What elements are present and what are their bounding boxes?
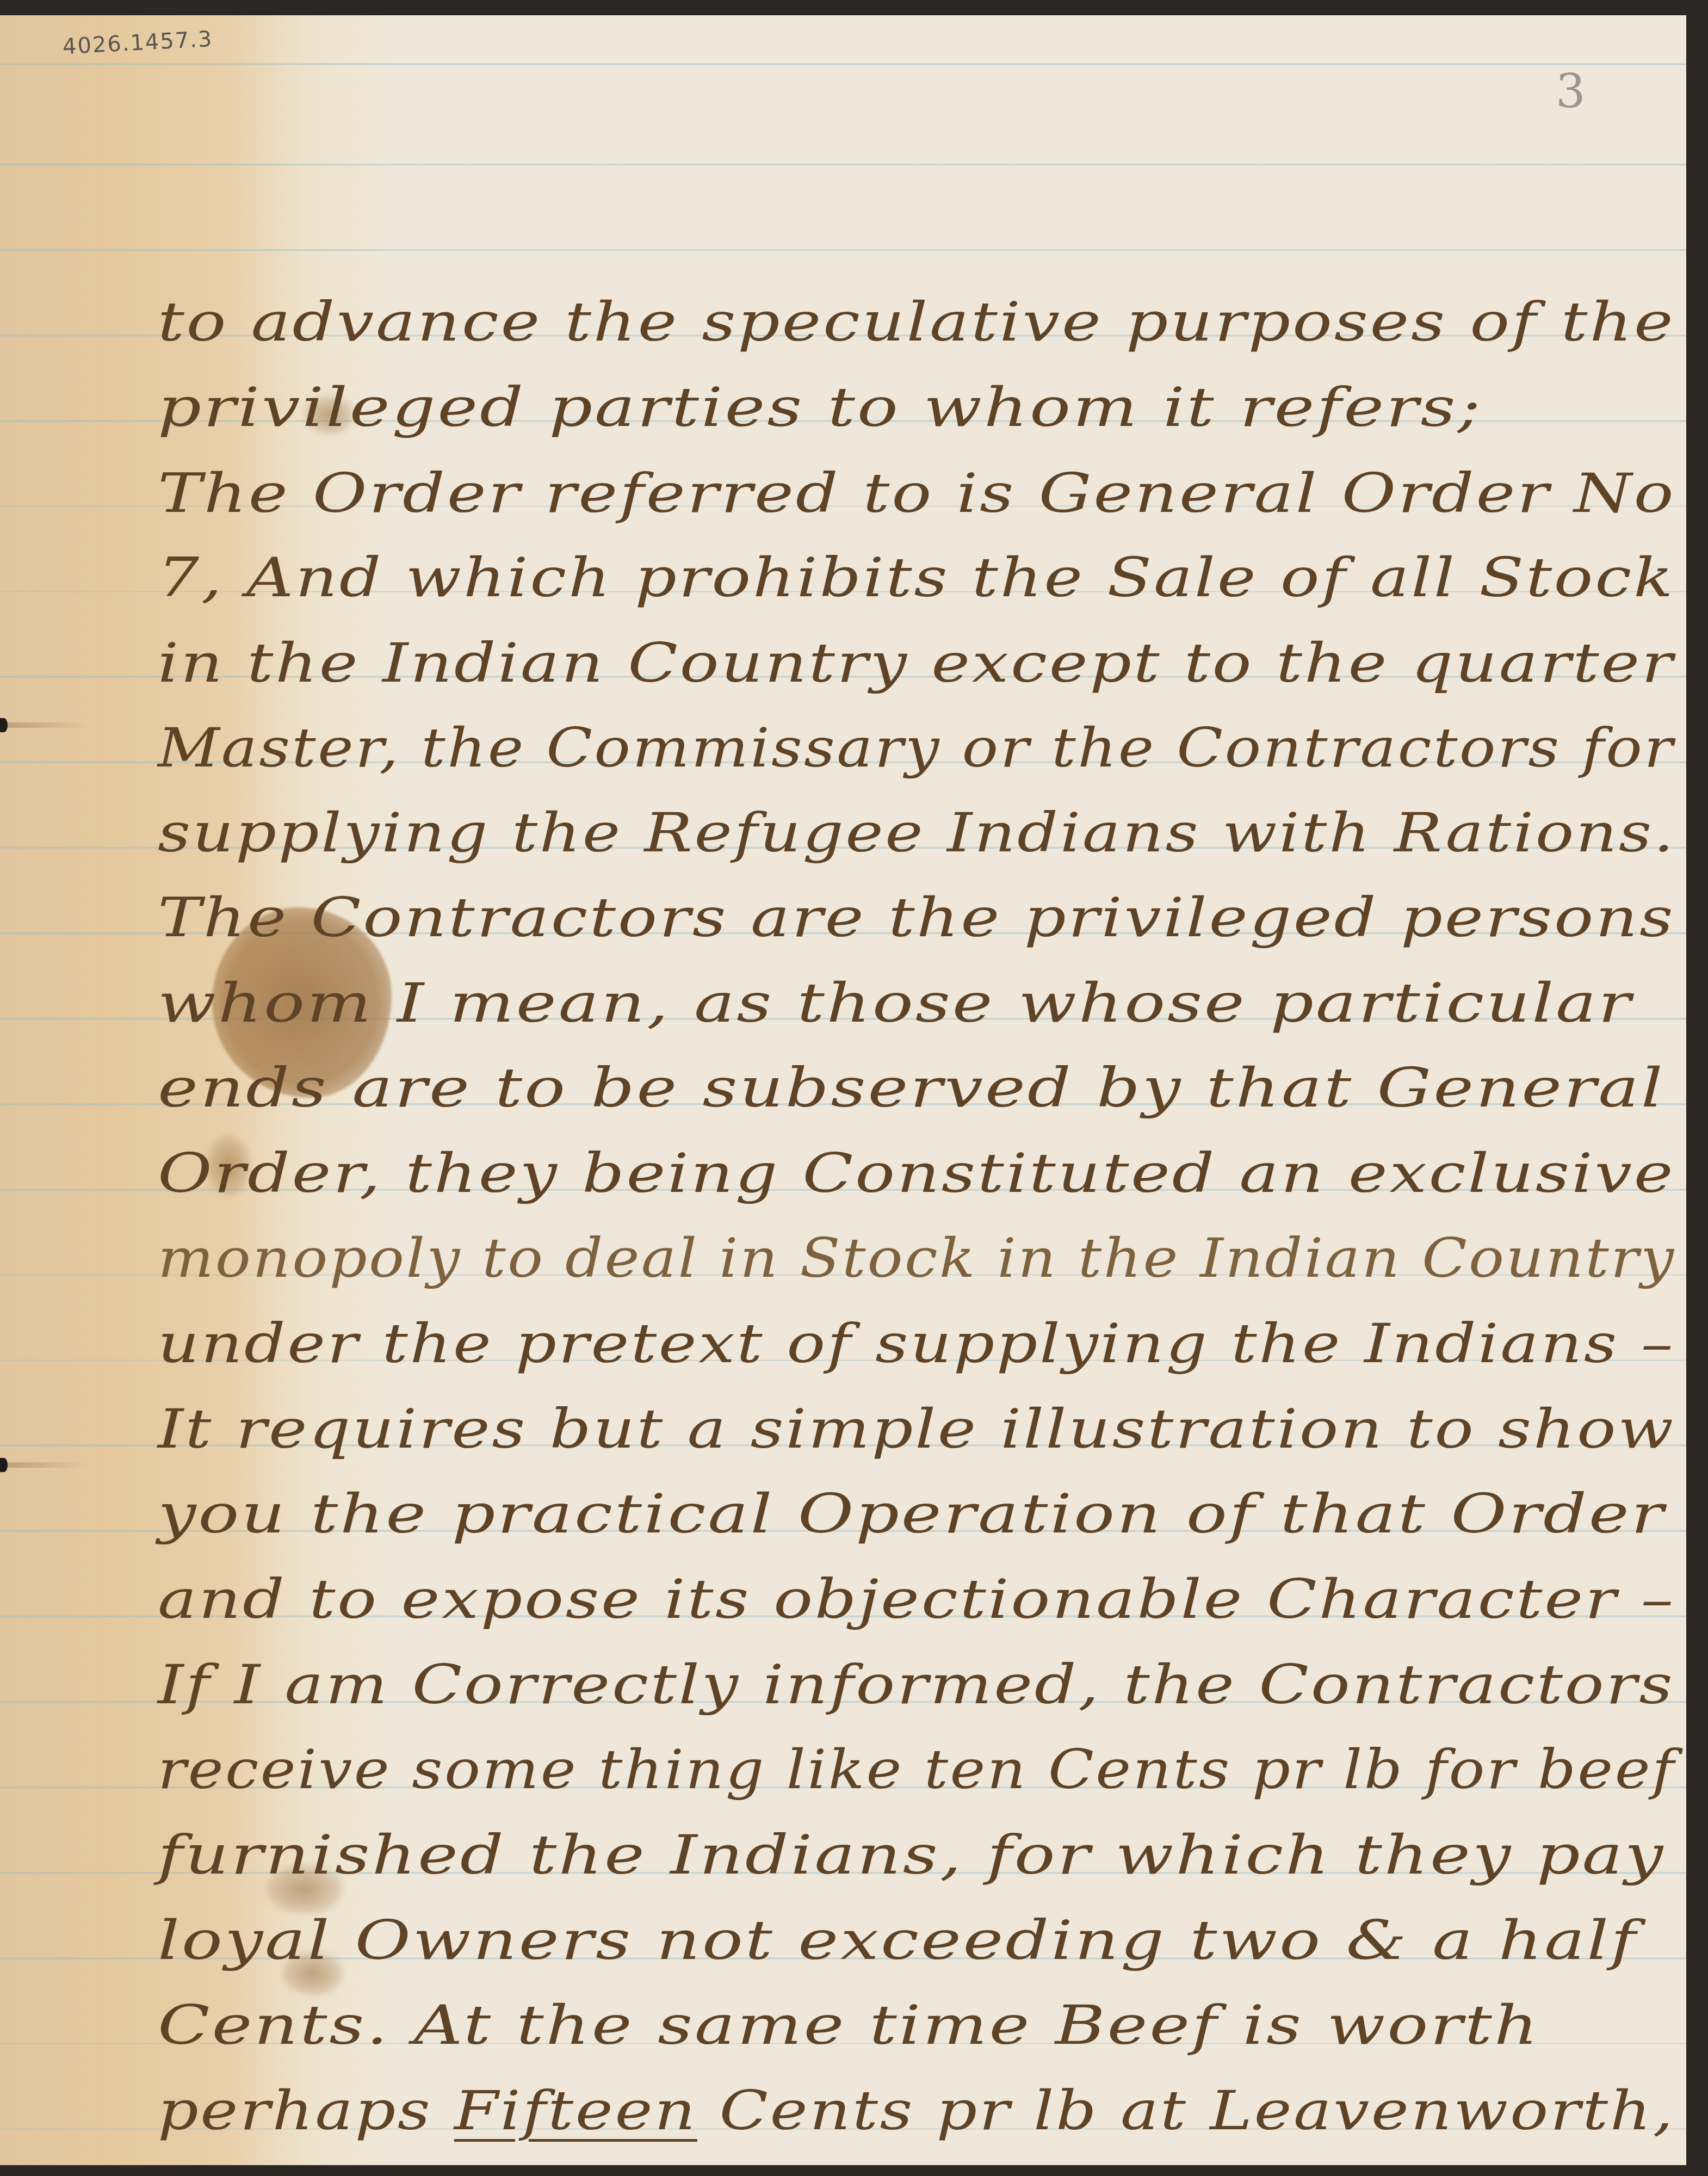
text-line: The Contractors are the privileged perso…	[158, 886, 1675, 949]
text-line-last: perhaps Fifteen Cents pr lb at Leavenwor…	[158, 2079, 1675, 2142]
fold-notch	[0, 718, 8, 732]
text-line: Order, they being Constituted an exclusi…	[158, 1141, 1675, 1205]
underlined-word: Fifteen	[454, 2079, 697, 2142]
text-segment: Cents pr lb at Leavenworth,	[697, 2079, 1675, 2142]
text-line: ends are to be subserved by that General	[158, 1056, 1664, 1120]
text-line: Cents. At the same time Beef is worth	[158, 1993, 1540, 2057]
text-line: you the practical Operation of that Orde…	[158, 1482, 1666, 1546]
text-line: If I am Correctly informed, the Contract…	[158, 1653, 1674, 1716]
text-line: to advance the speculative purposes of t…	[158, 290, 1675, 354]
text-segment: perhaps	[158, 2079, 454, 2142]
fold-crease	[0, 722, 87, 728]
text-line: privileged parties to whom it refers;	[158, 375, 1482, 439]
text-line: Master, the Commissary or the Contractor…	[158, 716, 1675, 780]
text-line: and to expose its objectionable Characte…	[158, 1567, 1675, 1631]
text-line: under the pretext of supplying the India…	[158, 1312, 1675, 1375]
text-line: It requires but a simple illustration to…	[158, 1397, 1675, 1461]
text-line: monopoly to deal in Stock in the Indian …	[158, 1226, 1675, 1290]
fold-crease	[0, 1462, 87, 1468]
text-line: The Order referred to is General Order N…	[158, 461, 1675, 525]
text-line: supplying the Refugee Indians with Ratio…	[158, 801, 1676, 864]
text-line: in the Indian Country except to the quar…	[158, 631, 1675, 695]
text-line: whom I mean, as those whose particular	[158, 971, 1633, 1035]
fold-notch	[0, 1458, 8, 1472]
text-line: loyal Owners not exceeding two & a half	[158, 1908, 1638, 1972]
text-line: furnished the Indians, for which they pa…	[158, 1823, 1665, 1887]
page-number: 3	[1556, 64, 1586, 119]
text-line: receive some thing like ten Cents pr lb …	[158, 1738, 1676, 1801]
manuscript-page: 4026.1457.3 3 to advance the speculative…	[0, 15, 1686, 2165]
text-line: 7, And which prohibits the Sale of all S…	[158, 546, 1675, 609]
